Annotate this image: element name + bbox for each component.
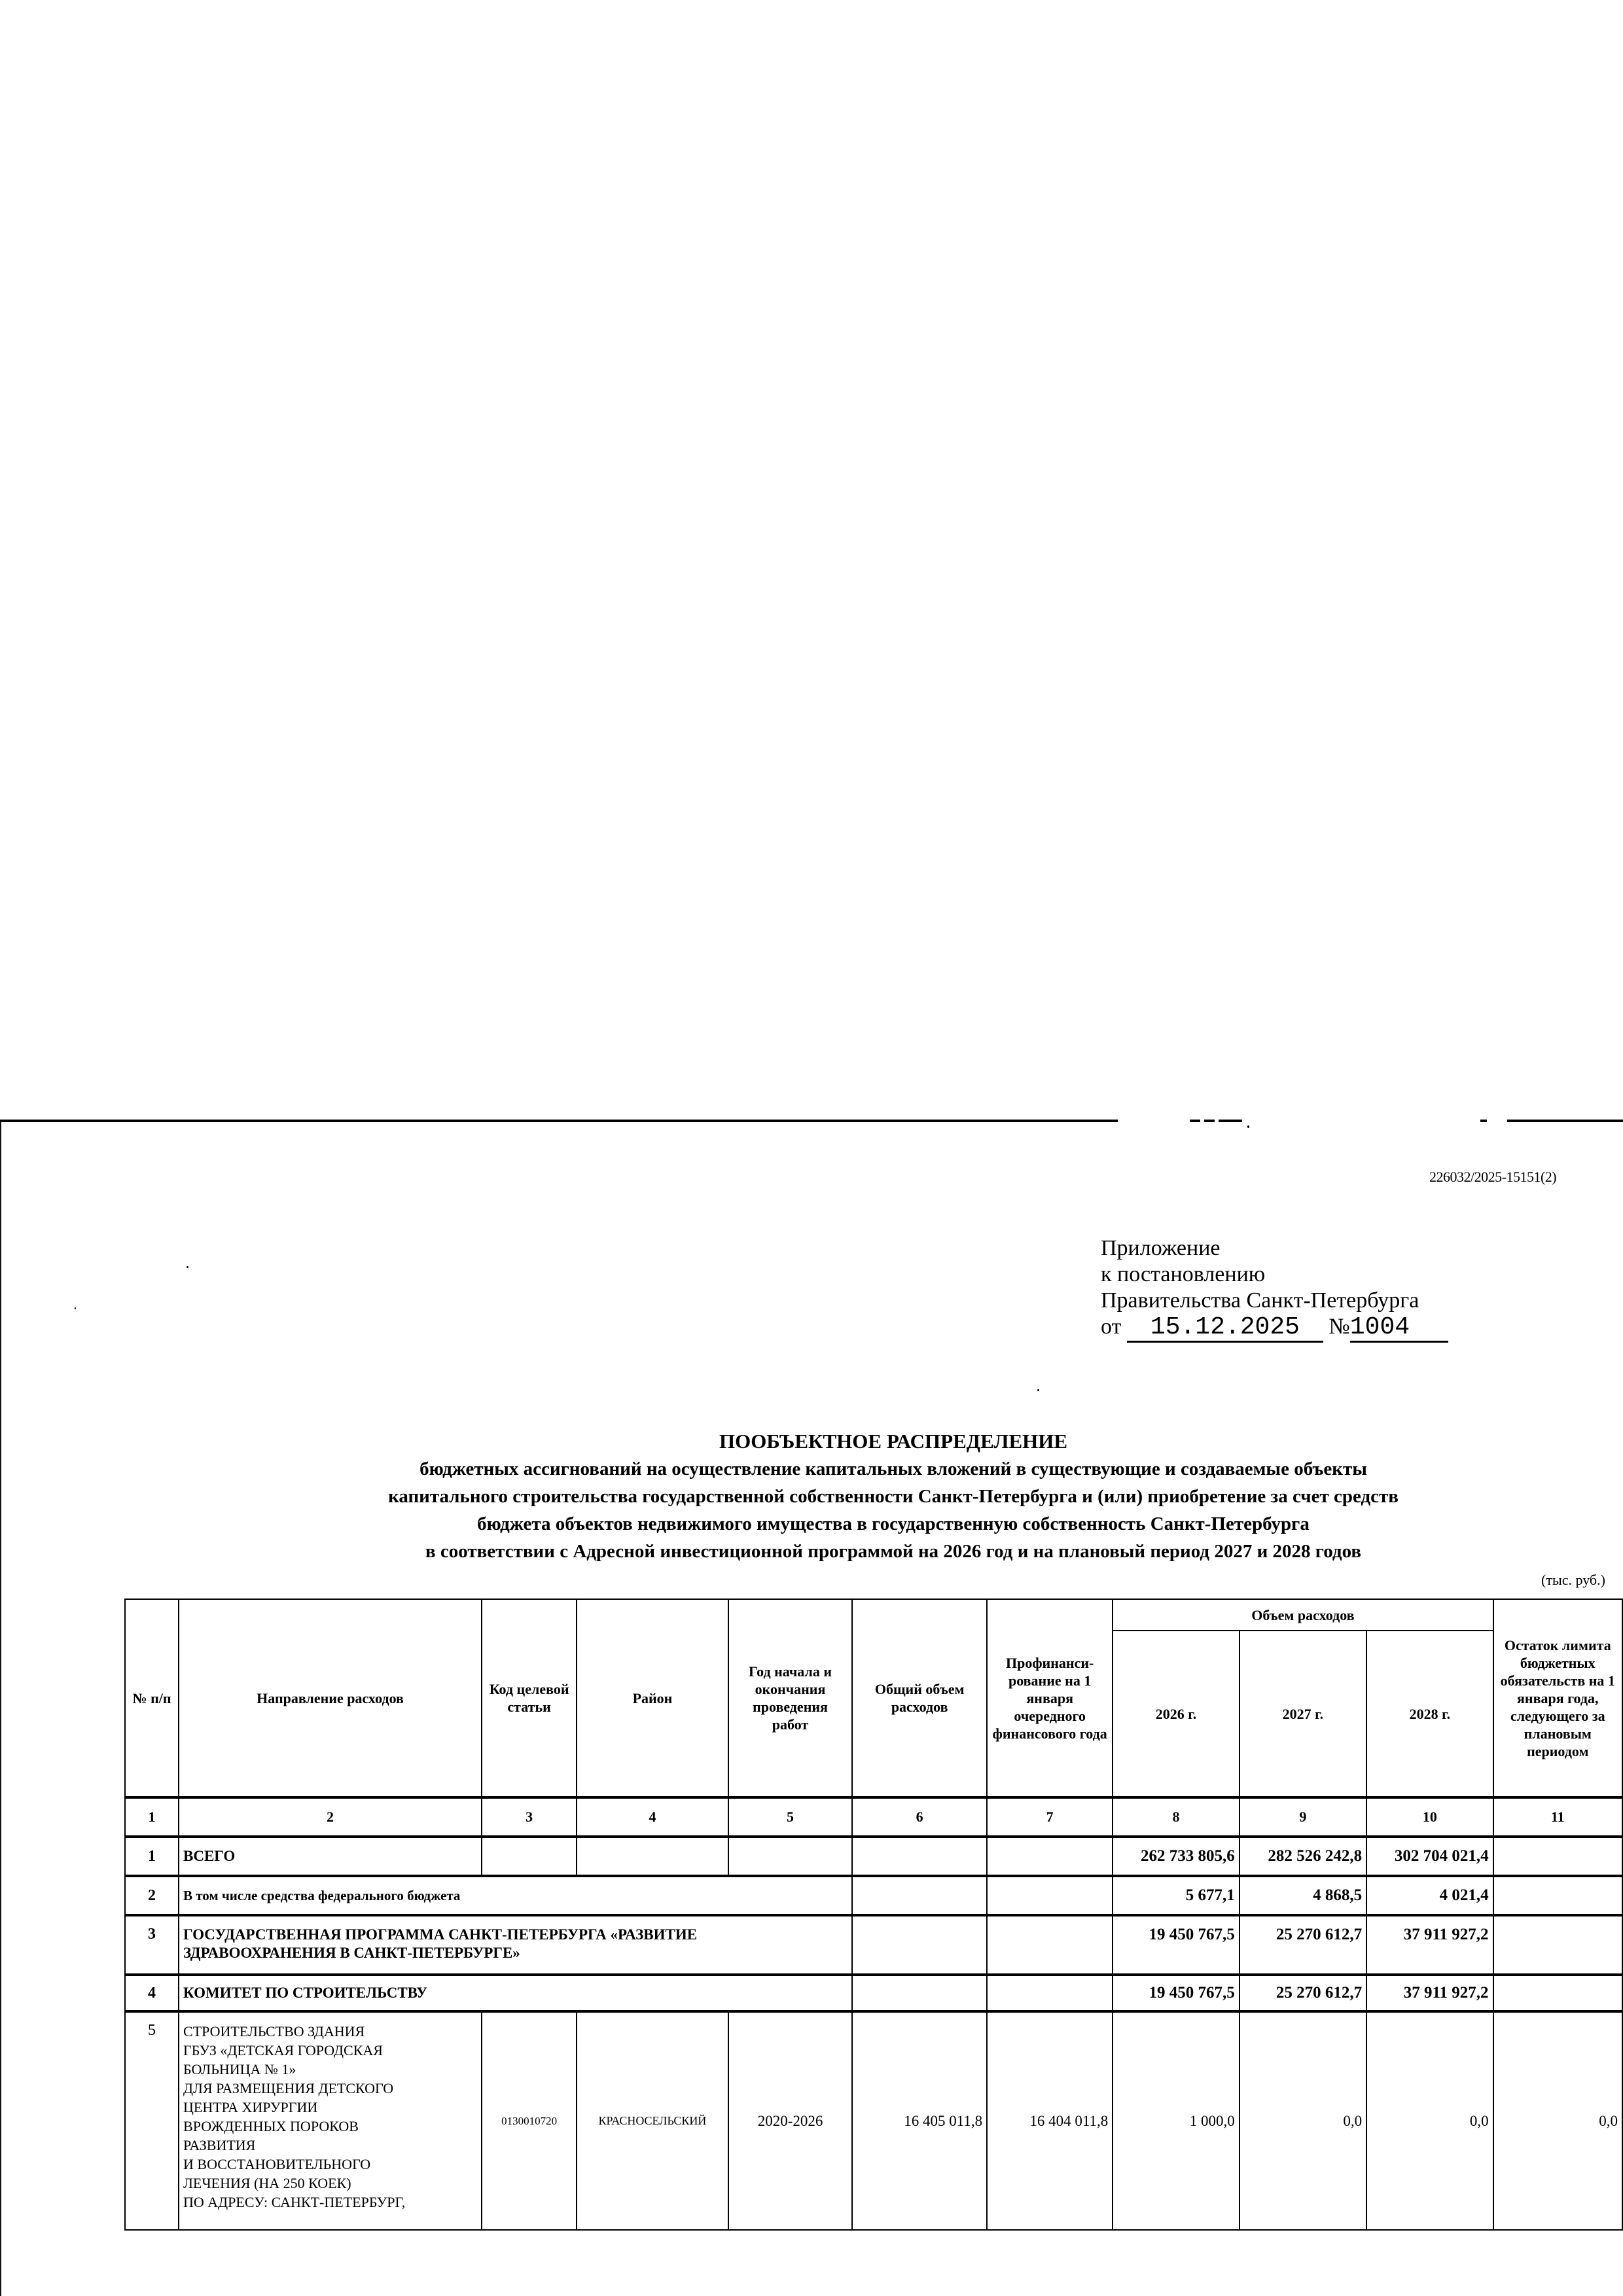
row-remainder — [1493, 1975, 1622, 2011]
header-code: Код целевой статьи — [482, 1599, 577, 1797]
row-remainder — [1493, 1915, 1622, 1975]
column-number: 6 — [852, 1797, 987, 1837]
column-number: 11 — [1493, 1797, 1622, 1837]
table-row-federal: 2 В том числе средства федерального бюдж… — [125, 1876, 1622, 1915]
object-line: И ВОССТАНОВИТЕЛЬНОГО — [183, 2155, 477, 2174]
row-2028: 4 021,4 — [1366, 1876, 1493, 1915]
appendix-line-2: к постановлению — [1101, 1262, 1448, 1288]
row-direction: ВСЕГО — [179, 1837, 482, 1876]
object-line: РАЗВИТИЯ — [183, 2136, 477, 2155]
row-years — [728, 1837, 852, 1876]
header-2027: 2027 г. — [1240, 1631, 1366, 1797]
subtitle-line-2: капитального строительства государственн… — [164, 1483, 1623, 1510]
document-title-block: ПООБЪЕКТНОЕ РАСПРЕДЕЛЕНИЕ бюджетных асси… — [164, 1428, 1623, 1565]
column-number: 8 — [1113, 1797, 1239, 1837]
column-number: 3 — [482, 1797, 577, 1837]
object-line: ЛЕЧЕНИЯ (НА 250 КОЕК) — [183, 2174, 477, 2193]
resolution-number-field: 1004 — [1350, 1314, 1448, 1343]
row-total: 16 405 011,8 — [852, 2011, 987, 2230]
appendix-line-3: Правительства Санкт-Петербурга — [1101, 1288, 1448, 1314]
row-num: 3 — [125, 1915, 179, 1975]
object-line: ЦЕНТРА ХИРУРГИИ — [183, 2098, 477, 2117]
table-row-object: 5 СТРОИТЕЛЬСТВО ЗДАНИЯ ГБУЗ «ДЕТСКАЯ ГОР… — [125, 2011, 1622, 2230]
appendix-block: Приложение к постановлению Правительства… — [1101, 1235, 1448, 1343]
page-edge-line-fragment — [1480, 1120, 1487, 1122]
object-line: ГБУЗ «ДЕТСКАЯ ГОРОДСКАЯ — [183, 2041, 477, 2060]
row-2026: 1 000,0 — [1113, 2011, 1239, 2230]
program-title: ГОСУДАРСТВЕННАЯ ПРОГРАММА САНКТ-ПЕТЕРБУР… — [183, 1926, 746, 1962]
row-2027: 282 526 242,8 — [1240, 1837, 1366, 1876]
header-years: Год начала и окончания проведения работ — [728, 1599, 852, 1797]
row-financed — [987, 1876, 1113, 1915]
row-2027: 25 270 612,7 — [1240, 1975, 1366, 2011]
object-line: БОЛЬНИЦА № 1» — [183, 2060, 477, 2079]
subtitle-line-3: бюджета объектов недвижимого имущества в… — [164, 1510, 1623, 1538]
row-financed — [987, 1915, 1113, 1975]
row-district — [577, 1837, 728, 1876]
appendix-line-1: Приложение — [1101, 1235, 1448, 1262]
header-num: № п/п — [125, 1599, 179, 1797]
row-2027: 25 270 612,7 — [1240, 1915, 1366, 1975]
subtitle-line-1: бюджетных ассигнований на осуществление … — [164, 1455, 1623, 1483]
from-label: от — [1101, 1315, 1121, 1339]
row-2026: 19 450 767,5 — [1113, 1915, 1239, 1975]
column-number: 9 — [1240, 1797, 1366, 1837]
table-row-program: 3 ГОСУДАРСТВЕННАЯ ПРОГРАММА САНКТ-ПЕТЕРБ… — [125, 1915, 1622, 1975]
resolution-number: 1004 — [1350, 1313, 1410, 1341]
row-2026: 5 677,1 — [1113, 1876, 1239, 1915]
header-financed: Профинанси-рование на 1 января очередног… — [987, 1599, 1113, 1797]
row-remainder — [1493, 1837, 1622, 1876]
row-2027: 4 868,5 — [1240, 1876, 1366, 1915]
column-number: 5 — [728, 1797, 852, 1837]
object-line: ВРОЖДЕННЫХ ПОРОКОВ — [183, 2117, 477, 2136]
subtitle-line-4: в соответствии с Адресной инвестиционной… — [164, 1538, 1623, 1565]
page-edge-line — [1507, 1120, 1623, 1122]
row-code: 0130010720 — [482, 2011, 577, 2230]
column-number: 10 — [1366, 1797, 1493, 1837]
column-number: 1 — [125, 1797, 179, 1837]
table-row-total: 1 ВСЕГО 262 733 805,6 282 526 242,8 302 … — [125, 1837, 1622, 1876]
row-remainder — [1493, 1876, 1622, 1915]
row-num: 2 — [125, 1876, 179, 1915]
row-2028: 0,0 — [1366, 2011, 1493, 2230]
page-edge-line-fragment — [1204, 1120, 1215, 1122]
header-direction: Направление расходов — [179, 1599, 482, 1797]
row-direction: КОМИТЕТ ПО СТРОИТЕЛЬСТВУ — [179, 1975, 852, 2011]
row-years: 2020-2026 — [728, 2011, 852, 2230]
row-2026: 19 450 767,5 — [1113, 1975, 1239, 2011]
scan-speck — [1247, 1125, 1249, 1128]
row-total — [852, 1876, 987, 1915]
row-total — [852, 1915, 987, 1975]
allocation-table: № п/п Направление расходов Код целевой с… — [124, 1598, 1623, 2231]
row-direction: СТРОИТЕЛЬСТВО ЗДАНИЯ ГБУЗ «ДЕТСКАЯ ГОРОД… — [179, 2011, 482, 2230]
header-remainder: Остаток лимита бюджетных обязательств на… — [1493, 1599, 1622, 1797]
row-direction: В том числе средства федерального бюджет… — [179, 1876, 852, 1915]
page-edge-line-fragment — [1219, 1120, 1242, 1122]
row-num: 5 — [125, 2011, 179, 2230]
row-2028: 37 911 927,2 — [1366, 1975, 1493, 2011]
row-2026: 262 733 805,6 — [1113, 1837, 1239, 1876]
row-2027: 0,0 — [1240, 2011, 1366, 2230]
object-line: ДЛЯ РАЗМЕЩЕНИЯ ДЕТСКОГО — [183, 2079, 477, 2098]
column-number-row: 1 2 3 4 5 6 7 8 9 10 11 — [125, 1797, 1622, 1837]
row-2028: 302 704 021,4 — [1366, 1837, 1493, 1876]
page-edge-line — [0, 1120, 1118, 1122]
column-number: 2 — [179, 1797, 482, 1837]
row-financed: 16 404 011,8 — [987, 2011, 1113, 2230]
page-edge-line-fragment — [1190, 1120, 1200, 1122]
row-direction: ГОСУДАРСТВЕННАЯ ПРОГРАММА САНКТ-ПЕТЕРБУР… — [179, 1915, 852, 1975]
row-num: 1 — [125, 1837, 179, 1876]
registration-number: 226032/2025-15151(2) — [1429, 1169, 1556, 1186]
column-number: 4 — [577, 1797, 728, 1837]
row-remainder: 0,0 — [1493, 2011, 1622, 2230]
column-number: 7 — [987, 1797, 1113, 1837]
header-2028: 2028 г. — [1366, 1631, 1493, 1797]
document-title: ПООБЪЕКТНОЕ РАСПРЕДЕЛЕНИЕ — [164, 1428, 1623, 1455]
row-district: КРАСНОСЕЛЬСКИЙ — [577, 2011, 728, 2230]
header-2026: 2026 г. — [1113, 1631, 1239, 1797]
row-financed — [987, 1837, 1113, 1876]
row-total — [852, 1975, 987, 2011]
header-volume-group: Объем расходов — [1113, 1599, 1493, 1631]
row-num: 4 — [125, 1975, 179, 2011]
header-district: Район — [577, 1599, 728, 1797]
row-code — [482, 1837, 577, 1876]
scan-speck — [1037, 1389, 1039, 1391]
row-2028: 37 911 927,2 — [1366, 1915, 1493, 1975]
row-financed — [987, 1975, 1113, 2011]
header-total: Общий объем расходов — [852, 1599, 987, 1797]
resolution-date: 15.12.2025 — [1150, 1313, 1300, 1341]
scan-speck — [75, 1307, 76, 1309]
units-label: (тыс. руб.) — [1541, 1572, 1605, 1589]
resolution-date-field: 15.12.2025 — [1127, 1314, 1323, 1343]
scan-speck — [187, 1266, 188, 1268]
object-line: ПО АДРЕСУ: САНКТ-ПЕТЕРБУРГ, — [183, 2193, 477, 2212]
object-line: СТРОИТЕЛЬСТВО ЗДАНИЯ — [183, 2022, 477, 2041]
table-row-committee: 4 КОМИТЕТ ПО СТРОИТЕЛЬСТВУ 19 450 767,5 … — [125, 1975, 1622, 2011]
row-total — [852, 1837, 987, 1876]
appendix-date-number-line: от 15.12.2025 №1004 — [1101, 1314, 1448, 1343]
number-label: № — [1329, 1315, 1349, 1339]
page-edge-left — [0, 1122, 1, 2296]
